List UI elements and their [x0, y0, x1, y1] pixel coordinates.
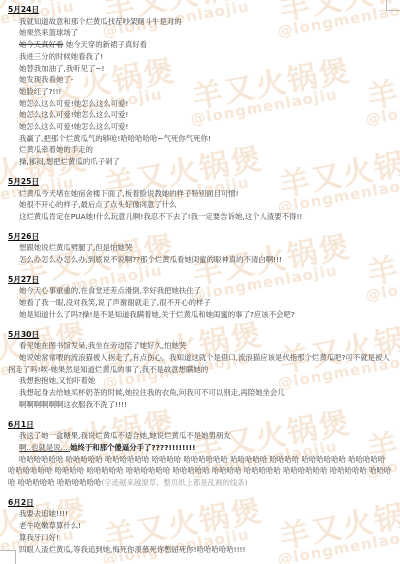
entry-line: 怎么办怎么办怎么办,到底说不说啊??那个烂黄瓜看她闺蜜的眼神真的不清白啊!!!: [8, 254, 394, 266]
entry-text: 想跟她说烂黄瓜劈腿了,但是怕她哭: [19, 243, 132, 252]
entry-text: 我就知道故意和那个烂黄瓜找茬吵架赌斗牛是对的: [19, 17, 182, 26]
entry-line: 她是知道什么了吗?操!是不是知道我瞒着她,关于烂黄瓜和她闺蜜的事了?应该不会吧?: [8, 309, 394, 321]
entry-text: 她是知道什么了吗?操!是不是知道我瞒着她,关于烂黄瓜和她闺蜜的事了?应该不会吧?: [19, 310, 295, 319]
entry-line: 这烂黄瓜肯定在PUA她!什么玩意儿啊!我忍不下去了!我一定要告诉她,这个人渣要不…: [8, 211, 394, 223]
entry-line: 我送了她一盒糖果,我说烂黄瓜不适合她,她说烂黄瓜不是她男朋友: [8, 430, 394, 442]
entry-line: 她说她常常喂的流浪猫被人拐走了,有点伤心。我知道这就个是借口,流浪猫应该是代指那…: [8, 352, 394, 375]
entry-line: 老牛吃嫩草算什么!: [8, 520, 394, 532]
entry-date: 5月24日: [8, 4, 394, 16]
entry-text: 烂黄瓜牵着她的手走的: [19, 145, 93, 154]
entry-text: 烂黄瓜今天堵在她宿舍楼下面了,板着脸说教她的样子特别面目可憎!: [19, 189, 239, 198]
entry-line: 她脸红了?!!!: [8, 86, 394, 98]
entry-text: 算我牙口好!: [19, 533, 59, 542]
entry-line: 她怎么这么可爱!她怎么这么可爱!: [8, 121, 394, 133]
entry-date: 5月30日: [8, 329, 394, 341]
entry-text-underline: 啊..也就是说....: [19, 443, 70, 452]
diary-content: 5月24日我就知道故意和那个烂黄瓜找茬吵架赌斗牛是对的她果然来篮球场了她今天真好…: [0, 0, 400, 564]
entry-line: 她看了我一眼,没对我笑,说了声谢谢就走了,很不开心的样子: [8, 297, 394, 309]
entry-text: 我进三分的时候她看我了!: [19, 52, 103, 61]
entry-line: 她发现我看她了-: [8, 74, 394, 86]
entry-line: 哈哈哈哈哈哈 哈哈哈哈哈 哈哈哈哈哈哈 哈哈哈哈 哈哈哈哈哈哈 哈哈哈哈哈 哈哈…: [8, 454, 394, 489]
entry-date: 5月25日: [8, 176, 394, 188]
entry-line: 她今天真好看 她今天穿的新裙子真好看: [8, 39, 394, 51]
entry-text: 她看了我一眼,没对我笑,说了声谢谢就走了,很不开心的样子: [19, 298, 211, 307]
entry-text-note: (字迹越来越潦草、整页纸上都是乱画的线条): [101, 478, 247, 487]
entry-line: 她今天心事重重的,在食堂还差点滑倒,幸好我把她扶住了: [8, 285, 394, 297]
entry-text: 她今天心事重重的,在食堂还差点滑倒,幸好我把她扶住了: [19, 286, 201, 295]
entry-line: 啊啊啊啊啊啊这衣服我不洗了!!!!: [8, 399, 394, 411]
page-corner-bottom-left: [0, 550, 16, 564]
entry-text-bold: 她终于和那个傻逼分手了????!!!!!!!!: [70, 443, 195, 452]
diary-entry: 5月24日我就知道故意和那个烂黄瓜找茬吵架赌斗牛是对的她果然来篮球场了她今天真好…: [8, 4, 394, 168]
entry-line: 她很不开心的样子,最后点了点头好像同意了什么: [8, 199, 394, 211]
entry-text: 她发现我看她了-: [19, 75, 73, 84]
entry-text: 老牛吃嫩草算什么!: [19, 521, 81, 530]
diary-entry: 5月25日烂黄瓜今天堵在她宿舍楼下面了,板着脸说教她的样子特别面目可憎!她很不开…: [8, 176, 394, 223]
entry-text: 我想起身去给她买杯奶茶的时候,她拉住我的衣角,问我可不可以别走,再陪她坐会儿: [19, 388, 285, 397]
entry-line: 我想抱抱她,又怕吓着她: [8, 375, 394, 387]
entry-text: 我送了她一盒糖果,我说烂黄瓜不适合她,她说烂黄瓜不是她男朋友: [19, 431, 231, 440]
diary-entry: 5月30日看见她在图书馆发呆,我坐在旁边陪了她好久,怕她哭她说她常常喂的流浪猫被…: [8, 329, 394, 411]
entry-line: 烂黄瓜今天堵在她宿舍楼下面了,板着脸说教她的样子特别面目可憎!: [8, 188, 394, 200]
entry-text: 四眼人渣烂黄瓜,等我追到她,悔死你羡慕死你憋屈死你!哈哈哈哈哈!!!!: [19, 545, 245, 554]
entry-text: 她怎么这么可爱!她怎么这么可爱!: [19, 110, 128, 119]
entry-text: 她很不开心的样子,最后点了点头好像同意了什么: [19, 200, 177, 209]
entry-text: 看见她在图书馆发呆,我坐在旁边陪了她好久,怕她哭: [19, 341, 186, 350]
page-corner-top-right: [386, 0, 400, 11]
entry-text: 她怎么这么可爱!她怎么这么可爱!: [19, 99, 128, 108]
entry-text: 这烂黄瓜肯定在PUA她!什么玩意儿啊!我忍不下去了!我一定要告诉她,这个人渣要不…: [19, 212, 302, 221]
entry-date: 5月27日: [8, 274, 394, 286]
diary-entry: 5月27日她今天心事重重的,在食堂还差点滑倒,幸好我把她扶住了她看了我一眼,没对…: [8, 274, 394, 321]
entry-line: 她怎么这么可爱!她怎么这么可爱!: [8, 109, 394, 121]
entry-text-strike: 她今天真好看: [19, 40, 63, 49]
entry-text: 操,郁闷,想把烂黄瓜的爪子剁了: [19, 157, 120, 166]
entry-line: 她果然来篮球场了: [8, 27, 394, 39]
entry-text: 她说她常常喂的流浪猫被人拐走了,有点伤心。我知道这就个是借口,流浪猫应该是代指那…: [8, 353, 390, 374]
entry-line: 我要去追她!!!!: [8, 508, 394, 520]
diary-entry: 5月26日想跟她说烂黄瓜劈腿了,但是怕她哭怎么办怎么办怎么办,到底说不说啊??那…: [8, 231, 394, 266]
entry-line: 我想起身去给她买杯奶茶的时候,她拉住我的衣角,问我可不可以别走,再陪她坐会儿: [8, 387, 394, 399]
entry-line: 算我牙口好!: [8, 532, 394, 544]
entry-date: 6月1日: [8, 419, 394, 431]
entry-text: 她替我加油了,我听见了~!: [19, 64, 104, 73]
entry-line: 我就知道故意和那个烂黄瓜找茬吵架赌斗牛是对的: [8, 16, 394, 28]
entry-text: 我想抱抱她,又怕吓着她: [19, 376, 95, 385]
entry-text: 她脸红了?!!!: [19, 87, 61, 96]
diary-entry: 6月1日我送了她一盒糖果,我说烂黄瓜不适合她,她说烂黄瓜不是她男朋友啊..也就是…: [8, 419, 394, 489]
entry-line: 烂黄瓜牵着她的手走的: [8, 144, 394, 156]
entry-line: 操,郁闷,想把烂黄瓜的爪子剁了: [8, 156, 394, 168]
entry-date: 6月2日: [8, 497, 394, 509]
entry-line: 她怎么这么可爱!她怎么这么可爱!: [8, 98, 394, 110]
entry-line: 四眼人渣烂黄瓜,等我追到她,悔死你羡慕死你憋屈死你!哈哈哈哈哈!!!!: [8, 544, 394, 556]
entry-text: 我要去追她!!!!: [19, 509, 68, 518]
entry-line: 我进三分的时候她看我了!: [8, 51, 394, 63]
entry-line: 她替我加油了,我听见了~!: [8, 63, 394, 75]
entry-text: 她今天穿的新裙子真好看: [63, 40, 147, 49]
entry-text: 怎么办怎么办怎么办,到底说不说啊??那个烂黄瓜看她闺蜜的眼神真的不清白啊!!!: [19, 255, 282, 264]
diary-page: { "watermark": { "line1": "羊又火锅煲", "line…: [0, 0, 400, 564]
entry-text: 她果然来篮球场了: [19, 28, 78, 37]
entry-text: 我赢了,把那个烂黄瓜气的够呛!哈哈哈哈哈~气死你气死你!: [19, 134, 211, 143]
entry-line: 我赢了,把那个烂黄瓜气的够呛!哈哈哈哈哈~气死你气死你!: [8, 133, 394, 145]
entry-date: 5月26日: [8, 231, 394, 243]
entry-line: 啊..也就是说....她终于和那个傻逼分手了????!!!!!!!!: [8, 442, 394, 454]
diary-entry: 6月2日我要去追她!!!!老牛吃嫩草算什么!算我牙口好!四眼人渣烂黄瓜,等我追到…: [8, 497, 394, 556]
entry-text: 她怎么这么可爱!她怎么这么可爱!: [19, 122, 128, 131]
entry-line: 看见她在图书馆发呆,我坐在旁边陪了她好久,怕她哭: [8, 340, 394, 352]
entry-line: 想跟她说烂黄瓜劈腿了,但是怕她哭: [8, 242, 394, 254]
entry-text: 啊啊啊啊啊啊这衣服我不洗了!!!!: [19, 400, 127, 409]
